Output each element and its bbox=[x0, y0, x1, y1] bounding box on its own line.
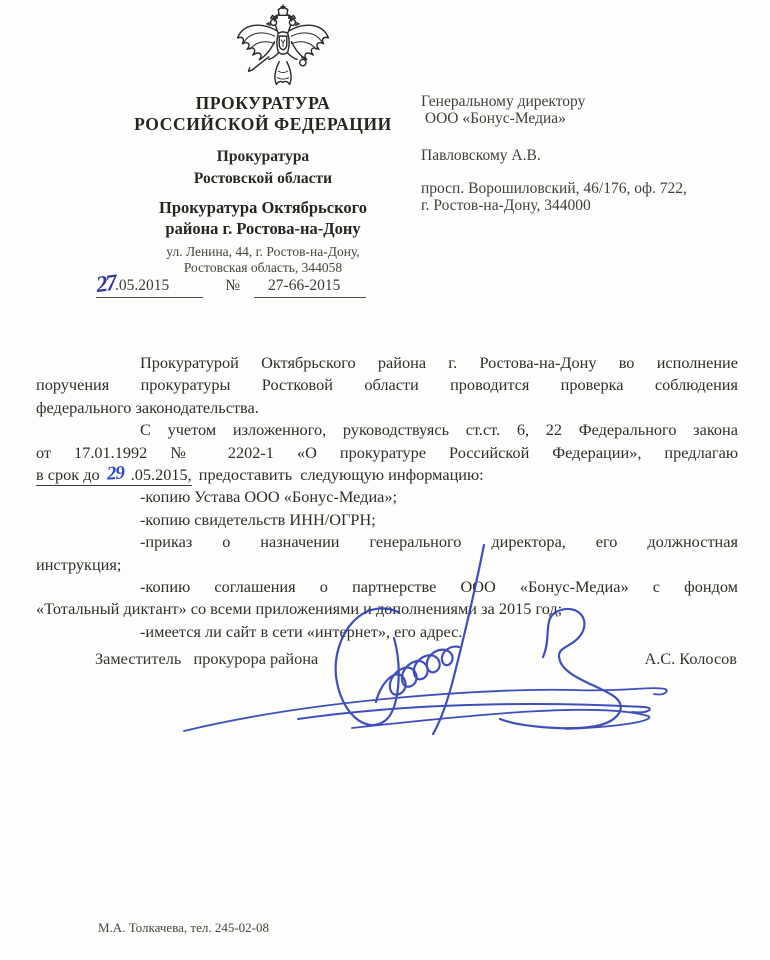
org-name-line1: ПРОКУРАТУРА bbox=[78, 93, 448, 114]
number-sign: № bbox=[225, 277, 240, 294]
body-line: от 17.01.1992 № 2202-1 «О прокуратуре Ро… bbox=[36, 442, 738, 464]
deadline-suffix: .05.2015, bbox=[131, 465, 192, 484]
recipient-title-line2: ООО «Бонус-Медиа» bbox=[421, 110, 761, 127]
date-printed: .05.2015 bbox=[115, 277, 169, 294]
executor-contact: М.А. Толкачева, тел. 245-02-08 bbox=[98, 920, 269, 936]
district-office-line2: района г. Ростова-на-Дону bbox=[78, 218, 448, 239]
request-item: -копию соглашения о партнерстве ООО «Бон… bbox=[36, 576, 738, 598]
request-item-continued: инструкция; bbox=[36, 554, 738, 576]
date-field: 27.05.2015 bbox=[96, 271, 203, 298]
reference-line: 27.05.2015№27-66-2015 bbox=[96, 271, 436, 298]
request-item-continued: «Тотальный диктант» со всеми приложениям… bbox=[36, 598, 738, 620]
letterhead: ПРОКУРАТУРА РОССИЙСКОЙ ФЕДЕРАЦИИ Прокура… bbox=[78, 93, 448, 276]
recipient-block: Генеральному директору ООО «Бонус-Медиа»… bbox=[421, 93, 761, 214]
outgoing-number: 27-66-2015 bbox=[254, 277, 366, 298]
body-line: поручения прокуратуры Ростковой области … bbox=[36, 374, 738, 396]
request-item: -имеется ли сайт в сети «интернет», его … bbox=[36, 621, 738, 643]
letter-body: Прокуратурой Октябрьского района г. Рост… bbox=[36, 352, 738, 643]
body-line: С учетом изложенного, руководствуясь ст.… bbox=[36, 419, 738, 441]
recipient-address-line2: г. Ростов-на-Дону, 344000 bbox=[421, 198, 761, 215]
deadline-underlined: в срок до29.05.2015, bbox=[36, 465, 192, 486]
recipient-address-line1: просп. Ворошиловский, 46/176, оф. 722, bbox=[421, 181, 761, 198]
handwritten-deadline-day: 29 bbox=[106, 463, 124, 483]
body-line: федерального законодательства. bbox=[36, 397, 738, 419]
body-line: Прокуратурой Октябрьского района г. Рост… bbox=[36, 352, 738, 374]
signature-row: Заместитель прокурора района А.С. Колосо… bbox=[95, 649, 737, 669]
handwritten-day: 27 bbox=[95, 271, 117, 296]
coat-of-arms-icon bbox=[231, 2, 335, 92]
region-office-line1: Прокуратура bbox=[78, 146, 448, 168]
signer-position: Заместитель прокурора района bbox=[95, 649, 318, 669]
request-item: -приказ о назначении генерального директ… bbox=[36, 531, 738, 553]
recipient-title-line1: Генеральному директору bbox=[421, 93, 761, 110]
request-item: -копию Устава ООО «Бонус-Медиа»; bbox=[36, 486, 738, 508]
deadline-rest: предоставить следующую информацию: bbox=[199, 465, 484, 484]
region-office-line2: Ростовской области bbox=[78, 168, 448, 190]
org-name-line2: РОССИЙСКОЙ ФЕДЕРАЦИИ bbox=[78, 114, 448, 135]
deadline-prefix: в срок до bbox=[36, 465, 100, 484]
signer-name: А.С. Колосов bbox=[644, 649, 737, 669]
district-office-line1: Прокуратура Октябрьского bbox=[78, 197, 448, 218]
request-item: -копию свидетельств ИНН/ОГРН; bbox=[36, 509, 738, 531]
recipient-name: Павловскому А.В. bbox=[421, 147, 761, 164]
sender-address-line1: ул. Ленина, 44, г. Ростов-на-Дону, bbox=[78, 244, 448, 260]
deadline-line: в срок до29.05.2015,предоставить следующ… bbox=[36, 464, 738, 486]
letter-document: ПРОКУРАТУРА РОССИЙСКОЙ ФЕДЕРАЦИИ Прокура… bbox=[0, 0, 770, 960]
